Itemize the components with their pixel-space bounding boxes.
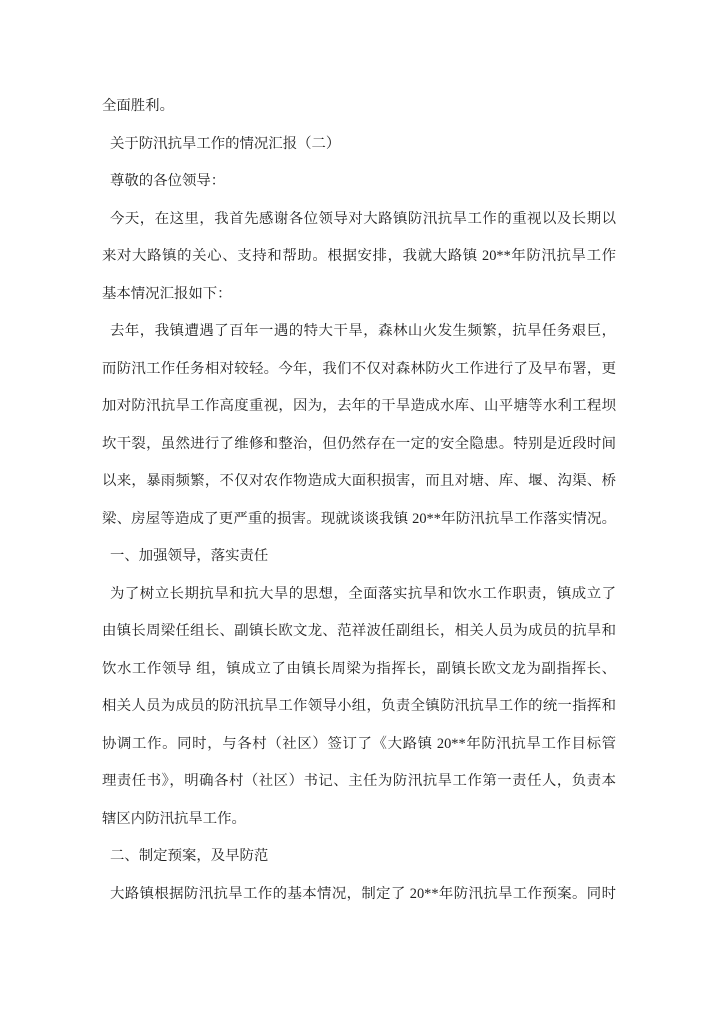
- report-title-line: 关于防汛抗旱工作的情况汇报（二）: [102, 126, 616, 164]
- text-line: 相关人员为成员的防汛抗旱工作领导小组，负责全镇防汛抗旱工作的统一指挥和: [102, 688, 616, 726]
- text-line: 梁、房屋等造成了更严重的损害。现就谈谈我镇 20**年防汛抗旱工作落实情况。: [102, 501, 616, 539]
- document-page: 全面胜利。 关于防汛抗旱工作的情况汇报（二） 尊敬的各位领导： 今天，在这里，我…: [0, 0, 721, 1020]
- text-line: 而防汛工作任务相对较轻。今年，我们不仅对森林防火工作进行了及早布署，更: [102, 351, 616, 389]
- text-line: 坎干裂，虽然进行了维修和整治，但仍然存在一定的安全隐患。特别是近段时间: [102, 426, 616, 464]
- text-line: 基本情况汇报如下：: [102, 276, 616, 314]
- text-line: 加对防汛抗旱工作高度重视，因为，去年的干旱造成水库、山平塘等水利工程坝: [102, 388, 616, 426]
- text-line: 今天，在这里，我首先感谢各位领导对大路镇防汛抗旱工作的重视以及长期以: [102, 201, 616, 239]
- text-line: 为了树立长期抗旱和抗大旱的思想，全面落实抗旱和饮水工作职责，镇成立了: [102, 576, 616, 614]
- text-line: 理责任书》，明确各村（社区）书记、主任为防汛抗旱工作第一责任人，负责本: [102, 763, 616, 801]
- text-line: 协调工作。同时，与各村（社区）签订了《大路镇 20**年防汛抗旱工作目标管: [102, 726, 616, 764]
- text-line: 辖区内防汛抗旱工作。: [102, 801, 616, 839]
- text-line: 来对大路镇的关心、支持和帮助。根据安排，我就大路镇 20**年防汛抗旱工作: [102, 238, 616, 276]
- text-line: 大路镇根据防汛抗旱工作的基本情况，制定了 20**年防汛抗旱工作预案。同时: [102, 876, 616, 914]
- salutation-line: 尊敬的各位领导：: [102, 163, 616, 201]
- text-line: 去年，我镇遭遇了百年一遇的特大干旱，森林山火发生频繁，抗旱任务艰巨，: [102, 313, 616, 351]
- text-line: 由镇长周梁任组长、副镇长欧文龙、范祥波任副组长，相关人员为成员的抗旱和: [102, 613, 616, 651]
- text-line: 饮水工作领导 组，镇成立了由镇长周梁为指挥长，副镇长欧文龙为副指挥长、: [102, 651, 616, 689]
- section-1-heading-line: 一、加强领导，落实责任: [102, 538, 616, 576]
- section-2-heading-line: 二、制定预案，及早防范: [102, 838, 616, 876]
- text-line: 全面胜利。: [102, 88, 616, 126]
- document-text-block: 全面胜利。 关于防汛抗旱工作的情况汇报（二） 尊敬的各位领导： 今天，在这里，我…: [102, 88, 616, 913]
- text-line: 以来，暴雨频繁，不仅对农作物造成大面积损害，而且对塘、库、堰、沟渠、桥: [102, 463, 616, 501]
